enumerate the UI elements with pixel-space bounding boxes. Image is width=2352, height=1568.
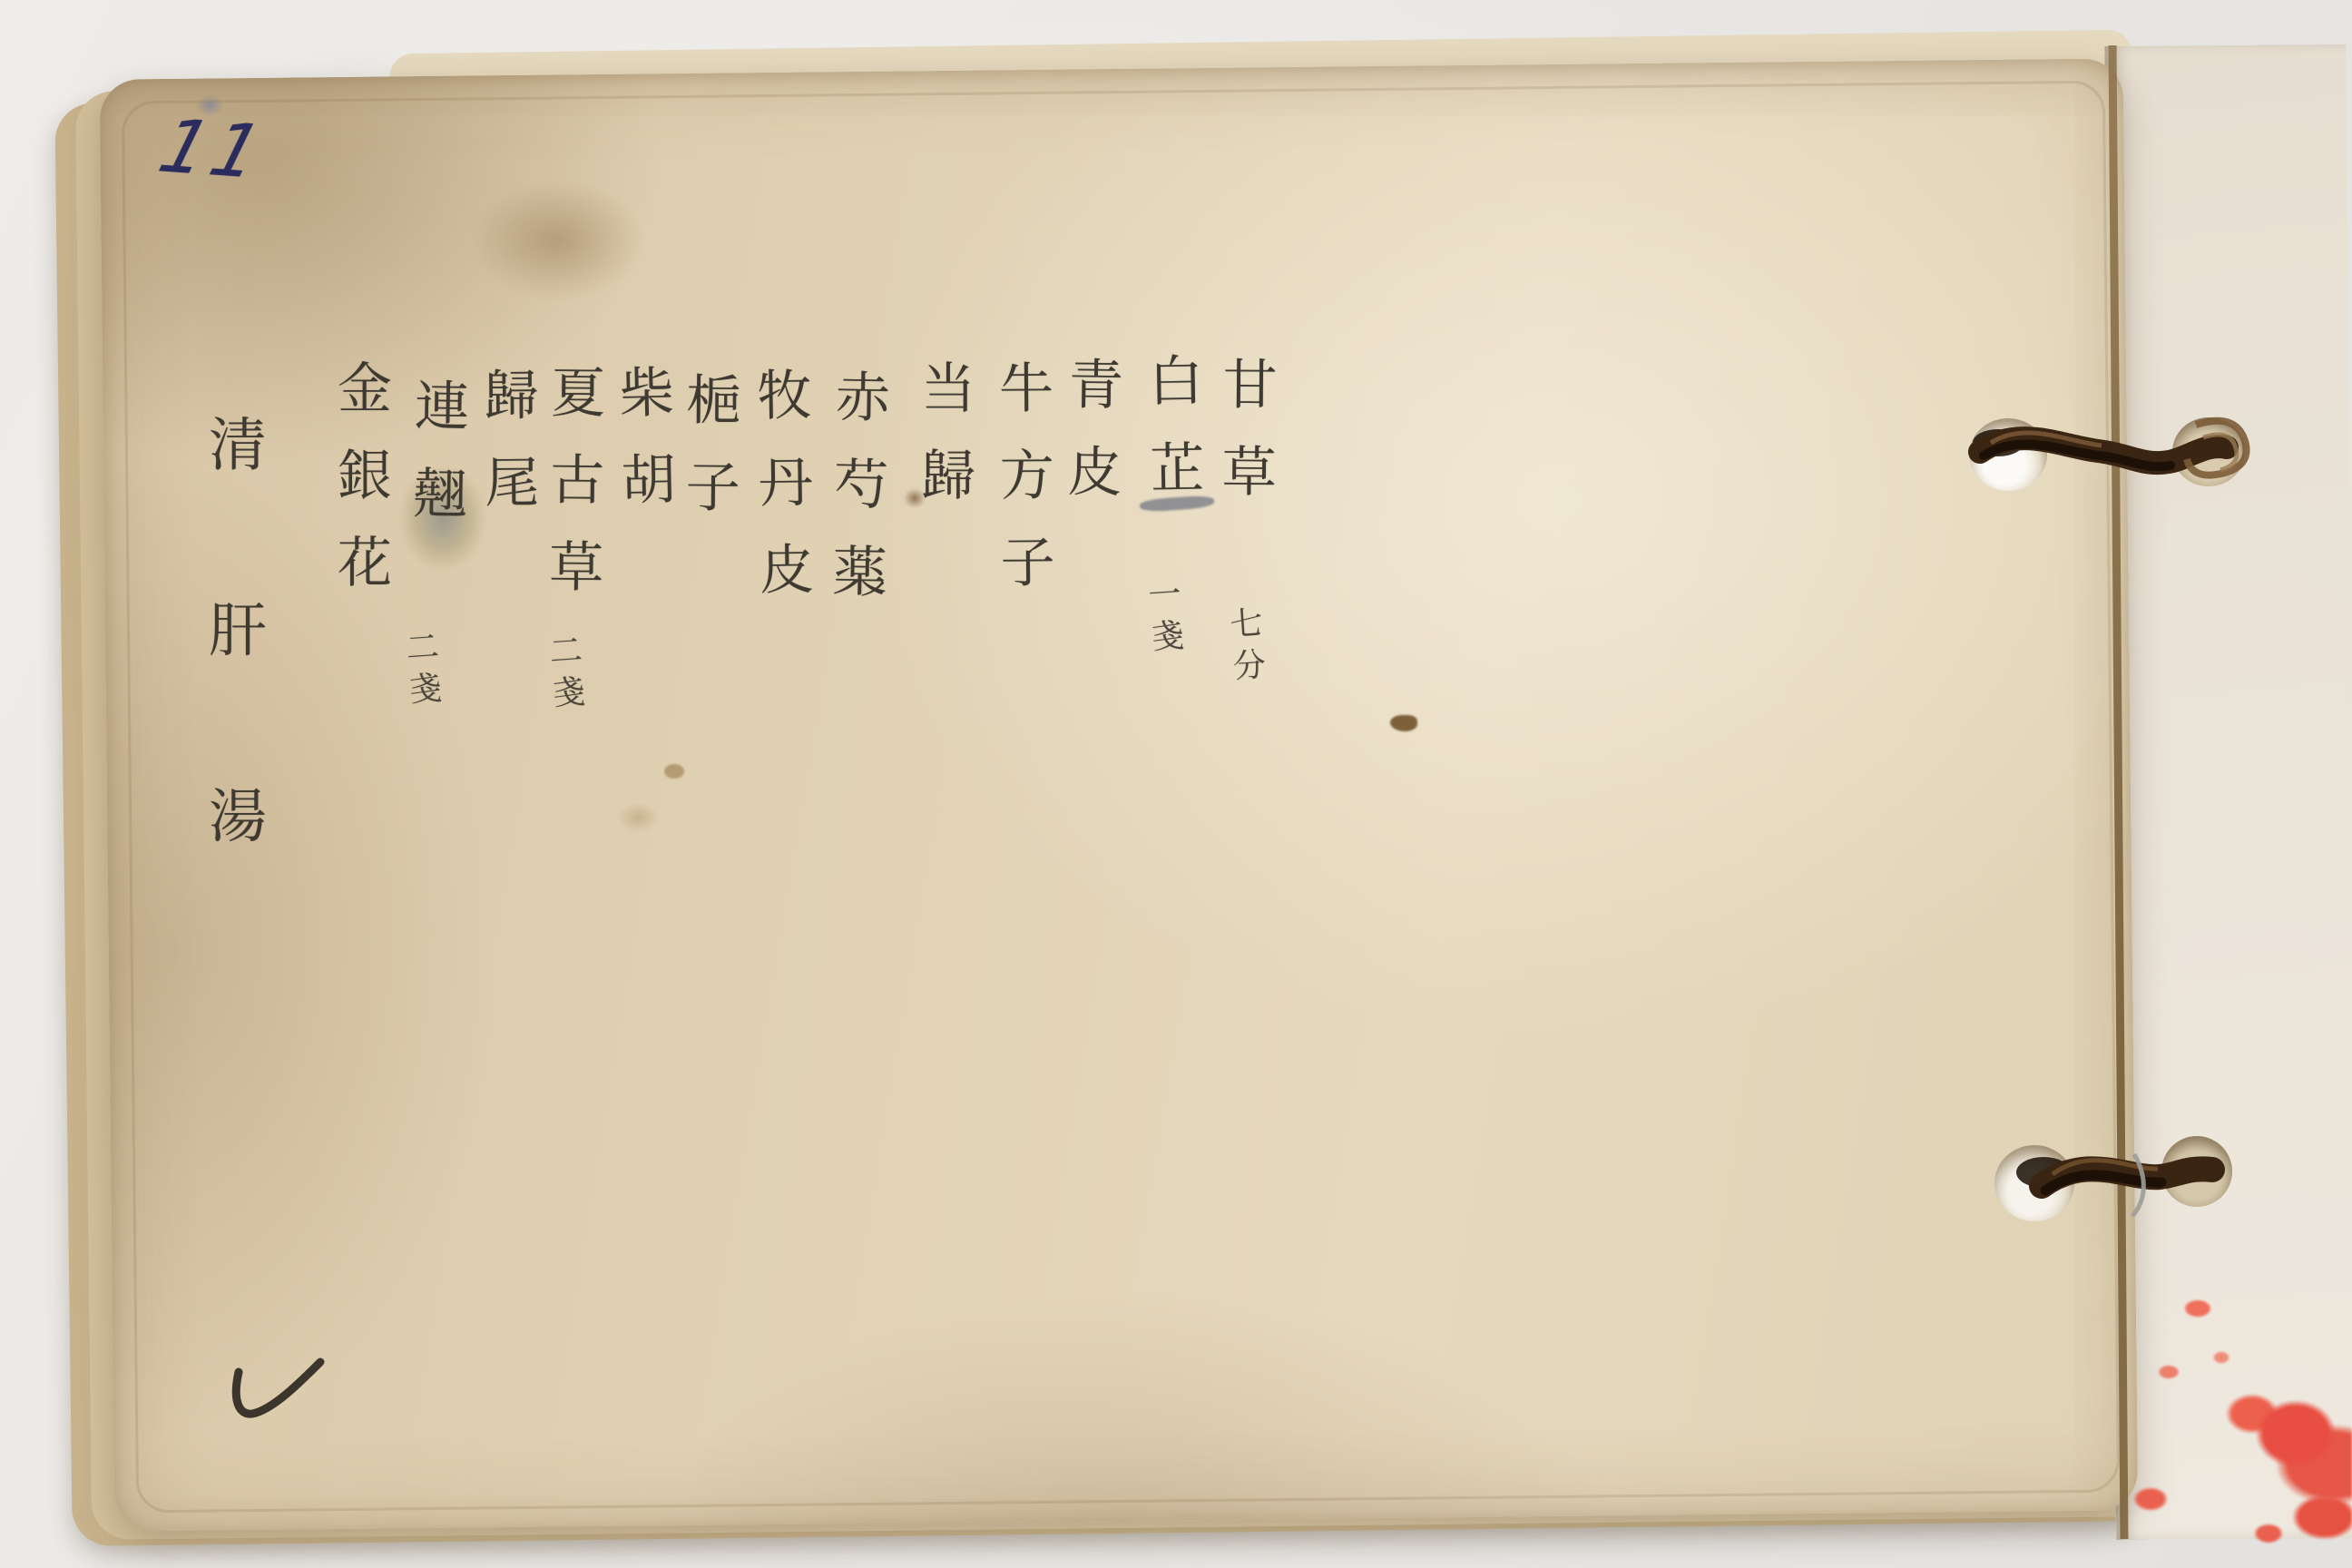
brown-smudge-stain bbox=[472, 181, 644, 299]
binding-hole-bottom-right bbox=[2161, 1136, 2232, 1207]
herb-name-column: 青皮 bbox=[1063, 356, 1120, 531]
herb-name-column: 牛方子 bbox=[995, 359, 1052, 622]
herb-name-column: 当歸 bbox=[916, 359, 971, 534]
herb-name-column: 歸尾 bbox=[479, 367, 535, 542]
photo-scene: 11 清肝湯 甘草七分白芷一戔青皮牛方子当歸赤芍薬牧丹皮梔子柴胡夏古草二戔歸尾連… bbox=[0, 0, 2352, 1568]
herb-dose: 二戔 bbox=[545, 632, 583, 718]
herb-name-column: 白芷 bbox=[1143, 351, 1200, 526]
binding-hole-bottom-left bbox=[1994, 1145, 2074, 1221]
herb-name-column: 梔子 bbox=[681, 371, 737, 546]
small-stain bbox=[664, 764, 684, 779]
faint-stain bbox=[617, 802, 659, 833]
herb-name-column: 牧丹皮 bbox=[752, 367, 810, 629]
herb-dose: 二戔 bbox=[402, 629, 440, 714]
binding-hole-top-left bbox=[1969, 418, 2047, 491]
herb-dose: 七分 bbox=[1226, 605, 1264, 691]
prescription-title: 清肝湯 bbox=[203, 414, 261, 971]
herb-name-column: 連翹 bbox=[407, 377, 465, 552]
herb-name-column: 柴胡 bbox=[614, 363, 672, 538]
page-crease-line bbox=[122, 81, 2120, 1514]
herb-dose: 一戔 bbox=[1144, 576, 1182, 661]
dark-speck bbox=[1390, 715, 1417, 731]
herb-name-column: 甘草 bbox=[1217, 356, 1273, 531]
binding-hole-top-right bbox=[2172, 417, 2245, 486]
red-paint-splatter bbox=[2114, 1270, 2352, 1552]
herb-name-column: 夏古草 bbox=[544, 364, 601, 626]
herb-name-column: 金銀花 bbox=[333, 359, 387, 621]
